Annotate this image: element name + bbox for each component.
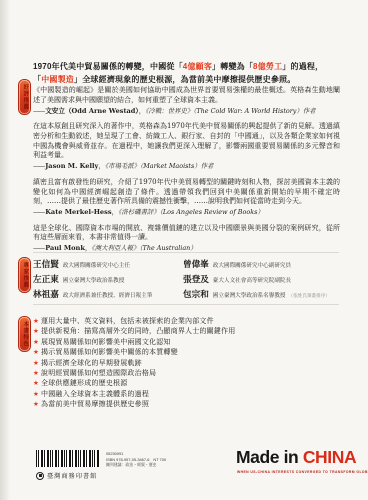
headline-highlight: 中國製造 — [41, 75, 74, 84]
expert-item: 包宗和國立臺灣大學政治系名譽教授（依姓氏筆畫排序） — [183, 288, 340, 303]
divider-top — [33, 252, 339, 253]
feature-item: ★展現貿易關係如何影響美中兩國文化認知 — [33, 338, 340, 348]
star-icon: ★ — [33, 391, 39, 398]
star-icon: ★ — [33, 401, 39, 408]
sort-note: （依姓氏筆畫排序） — [289, 293, 330, 299]
expert-item: 張登及臺大人文社會高等研究院副院長 — [183, 273, 340, 288]
shelf-category: 陳列建議：政治・經貿・歷史 — [106, 462, 166, 468]
publisher-name: 臺灣商務印書館 — [47, 471, 97, 480]
star-icon: ★ — [33, 360, 39, 367]
review-quote: 縝密且富有啟發性的研究，介紹了1970年代中美貿易轉型的關鍵時刻和人物，探討美國… — [33, 178, 340, 207]
review-quote: 這是全球化、國際資本市場的開放、複雜價值鏈的建立以及中國願景與美國分裂的案例研究… — [33, 224, 340, 244]
feature-item: ★提供新視角：描寫高層外交的同時，凸顯商界人士的關鍵作用 — [33, 327, 340, 337]
star-icon: ★ — [33, 318, 39, 325]
expert-item: 左正東國立臺灣大學政治系教授 — [33, 273, 183, 288]
review-attribution: ——文安立（Odd Arne Westad），《冷戰：世界史》（The Cold… — [33, 107, 340, 117]
review-attribution: ——Jason M. Kelly，《市場毛派》（Market Maoists）作… — [33, 162, 340, 172]
feature-item: ★為當前美中貿易摩擦提供歷史參照 — [33, 400, 340, 410]
feature-item: ★中國融入全球資本主義體系的過程 — [33, 390, 340, 400]
star-icon: ★ — [33, 349, 39, 356]
features-seal-badge: 本書特色 — [19, 317, 30, 351]
headline-highlight: 4億顧客 — [183, 62, 212, 71]
experts-section: 王信賢政大國際關係研究中心主任 曾偉峯政大國際關係研究中心副研究員 左正東國立臺… — [33, 258, 340, 303]
expert-item: 林祖嘉政大經濟系兼任教授、經濟日報主筆 — [33, 288, 183, 303]
reviews-section: 《中國製造的崛起》是關於美國如何協助中國成為世界首要貿易強權的最佳概述。英格森生… — [33, 86, 340, 260]
feature-item: ★說明經貿關係如何塑造國際政治格局 — [33, 369, 340, 379]
expert-item: 曾偉峯政大國際關係研究中心副研究員 — [183, 258, 340, 273]
review-quote: 在這本原創且研究深入的著作中，英格森為1970年代美中貿易關係的興起提供了新的見… — [33, 122, 340, 161]
feature-item: ★全球供應鏈形成的歷史根源 — [33, 379, 340, 389]
headline-text: 1970年代美中貿易關係的轉變，中國從「 — [33, 62, 183, 71]
review-quote: 《中國製造的崛起》是關於美國如何協助中國成為世界首要貿易強權的最佳概述。英格森生… — [33, 86, 340, 106]
experts-seal-badge: 專家推薦 — [19, 258, 30, 292]
star-icon: ★ — [33, 380, 39, 387]
star-icon: ★ — [33, 370, 39, 377]
page-edge-shade — [0, 0, 10, 500]
headline: 1970年代美中貿易關係的轉變，中國從「4億顧客」轉變為「8億勞工」的過程，「中… — [33, 60, 339, 86]
publisher: 臺灣商務印書館 — [36, 471, 97, 480]
review-attribution: ——Kate Merkel-Hess，《洛杉磯書評》（Los Angeles R… — [33, 208, 340, 218]
expert-item: 王信賢政大國際關係研究中心主任 — [33, 258, 183, 273]
star-icon: ★ — [33, 328, 39, 335]
star-icon: ★ — [33, 339, 39, 346]
made-in-china-logo: Made in CHINA — [236, 447, 356, 468]
features-section: ★運用大量中、英文資料，包括未被探索的企業內部文件 ★提供新視角：描寫高層外交的… — [33, 317, 340, 411]
publisher-seal-icon — [36, 472, 44, 480]
divider-bottom — [33, 304, 339, 305]
headline-highlight: 8億勞工 — [253, 62, 282, 71]
feature-item: ★揭示經濟全球化的早期發展軌跡 — [33, 359, 340, 369]
isbn-block: 05230091 ISBN 978-957-05-3467-6 NT 700 陳… — [106, 451, 166, 468]
reviews-seal-badge: 好評推薦 — [19, 80, 30, 114]
barcode — [36, 450, 100, 467]
logo-tagline: WHEN US-CHINA INTERESTS CONVERGED TO TRA… — [237, 470, 368, 474]
feature-item: ★運用大量中、英文資料，包括未被探索的企業內部文件 — [33, 317, 340, 327]
feature-item: ★揭示貿易關係如何影響美中關係的本質轉變 — [33, 348, 340, 358]
book-back-cover: 1970年代美中貿易關係的轉變，中國從「4億顧客」轉變為「8億勞工」的過程，「中… — [0, 0, 368, 500]
